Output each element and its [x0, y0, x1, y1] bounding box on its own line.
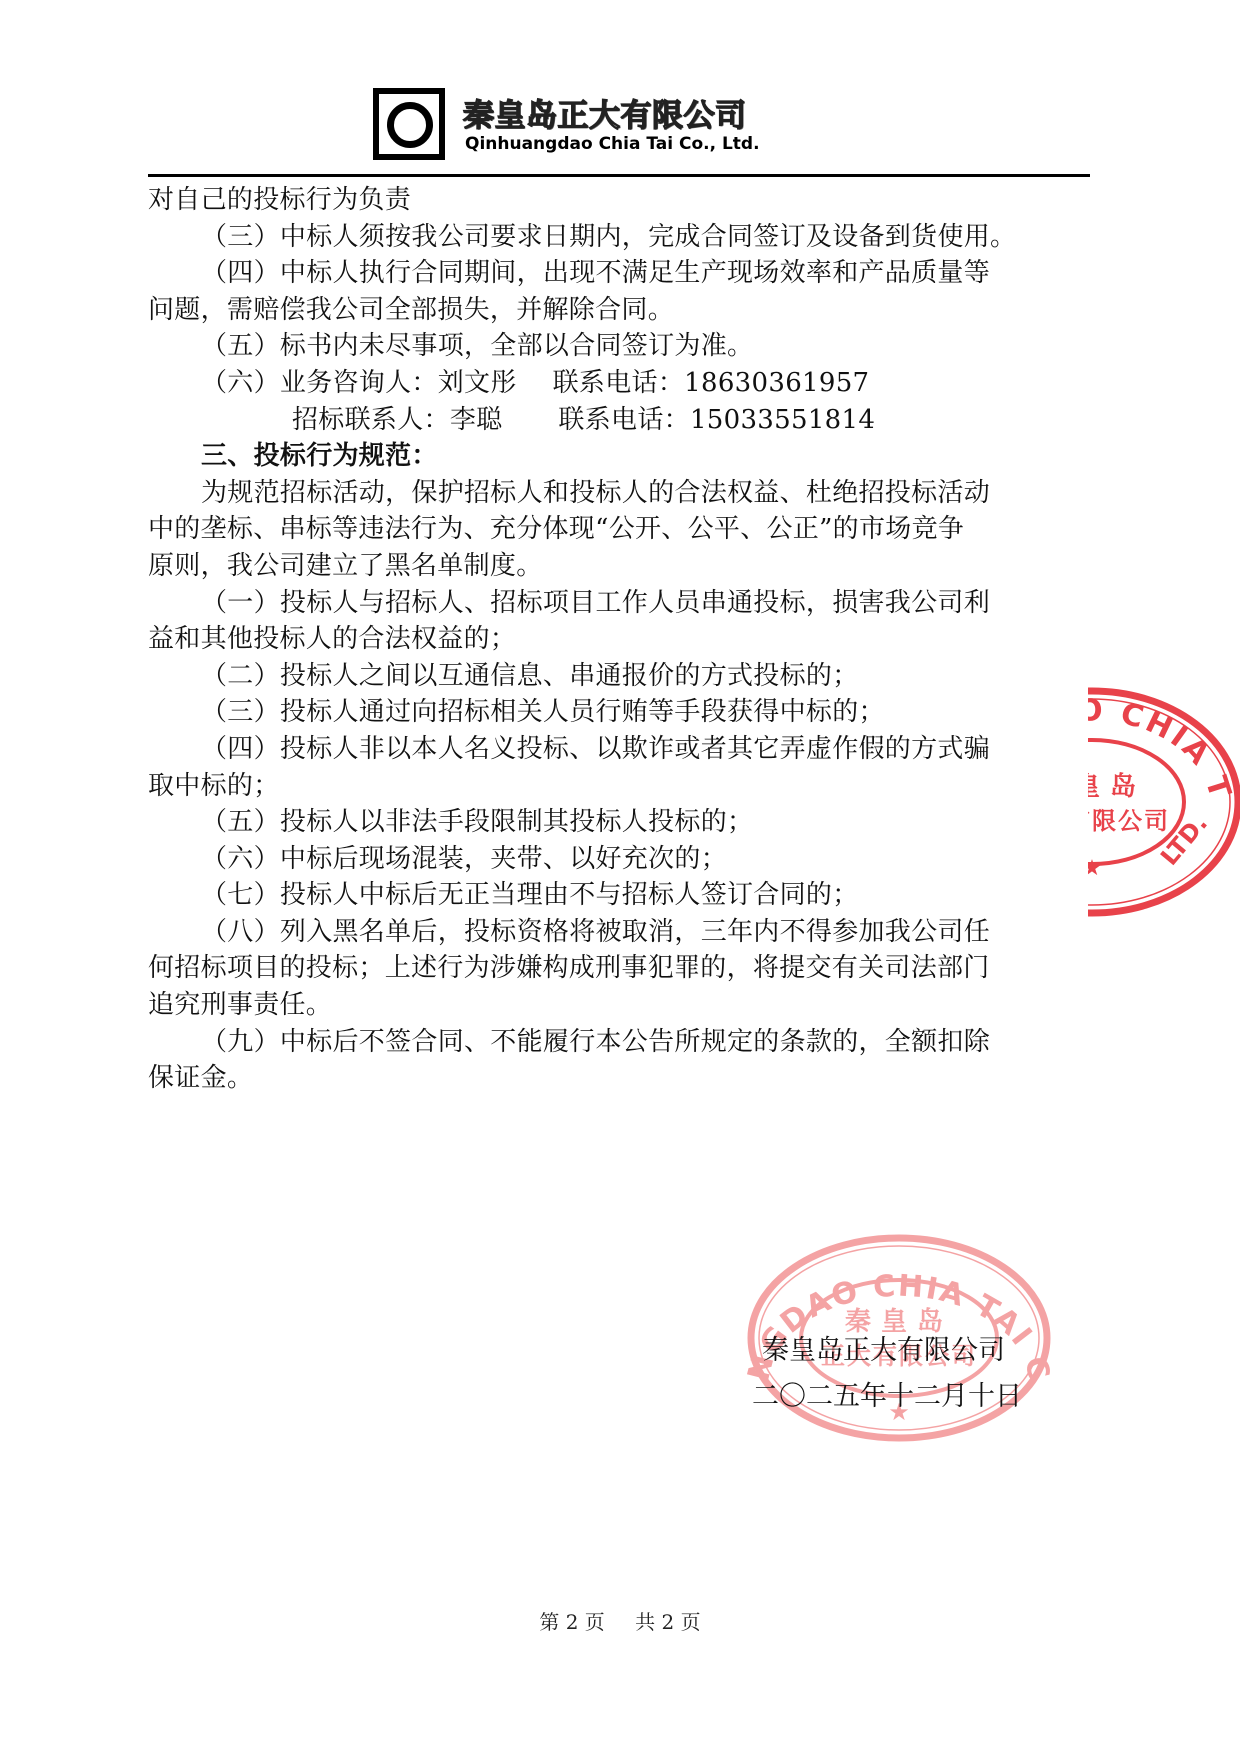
rule-9-cont: 保证金。: [148, 1060, 1093, 1097]
section-paragraph-cont: 中的垄标、串标等违法行为、充分体现“公开、公平、公正”的市场竞争: [148, 511, 1093, 548]
rule-1: （一）投标人与招标人、招标项目工作人员串通投标，损害我公司利: [148, 585, 1093, 622]
contact-phone: 15033551814: [690, 405, 875, 435]
clause-3: （三）中标人须按我公司要求日期内，完成合同签订及设备到货使用。: [148, 219, 1093, 256]
contact-prefix: （六）: [201, 368, 280, 398]
paragraph-line: 对自己的投标行为负责: [148, 182, 1093, 219]
rule-2: （二）投标人之间以互通信息、串通报价的方式投标的；: [148, 658, 1093, 695]
rule-5: （五）投标人以非法手段限制其投标人投标的；: [148, 804, 1093, 841]
contact-phone-label: 联系电话：: [553, 368, 685, 398]
section-heading: 三、投标行为规范：: [148, 438, 1093, 475]
rule-8-cont: 追究刑事责任。: [148, 987, 1093, 1024]
page-footer: 第 2 页 共 2 页: [0, 1606, 1240, 1635]
letterhead: 秦皇岛正大有限公司 Qinhuangdao Chia Tai Co., Ltd.: [373, 88, 793, 162]
rule-3: （三）投标人通过向招标相关人员行贿等手段获得中标的；: [148, 694, 1093, 731]
rule-1-cont: 益和其他投标人的合法权益的；: [148, 621, 1093, 658]
clause-5: （五）标书内未尽事项，全部以合同签订为准。: [148, 328, 1093, 365]
page-total: 共 2 页: [635, 1610, 700, 1634]
section-paragraph-cont: 原则，我公司建立了黑名单制度。: [148, 548, 1093, 585]
contact-phone: 18630361957: [684, 368, 869, 398]
contact-role: 招标联系人：: [292, 405, 450, 435]
svg-text:LTD.: LTD.: [1155, 809, 1213, 870]
header-divider: [148, 174, 1090, 177]
clause-4: （四）中标人执行合同期间，出现不满足生产现场效率和产品质量等: [148, 255, 1093, 292]
signature-company: 秦皇岛正大有限公司: [762, 1328, 1022, 1374]
rule-7: （七）投标人中标后无正当理由不与招标人签订合同的；: [148, 877, 1093, 914]
rule-9: （九）中标后不签合同、不能履行本公告所规定的条款的，全额扣除: [148, 1024, 1093, 1061]
signature-date: 二〇二五年十二月十日: [752, 1374, 1022, 1420]
rule-6: （六）中标后现场混装，夹带、以好充次的；: [148, 841, 1093, 878]
page-number: 第 2 页: [539, 1610, 604, 1634]
contact-role: 业务咨询人：: [280, 368, 438, 398]
rule-4: （四）投标人非以本人名义投标、以欺诈或者其它弄虚作假的方式骗: [148, 731, 1093, 768]
contact-name: 李聪: [450, 405, 503, 435]
document-body: 对自己的投标行为负责 （三）中标人须按我公司要求日期内，完成合同签订及设备到货使…: [148, 182, 1093, 1097]
contact-business: （六）业务咨询人：刘文彤联系电话：18630361957: [148, 365, 1093, 402]
company-logo-icon: [373, 88, 445, 160]
contact-name: 刘文彤: [438, 368, 517, 398]
rule-8-cont: 何招标项目的投标；上述行为涉嫌构成刑事犯罪的，将提交有关司法部门: [148, 950, 1093, 987]
clause-4-cont: 问题，需赔偿我公司全部损失，并解除合同。: [148, 292, 1093, 329]
rule-8: （八）列入黑名单后，投标资格将被取消，三年内不得参加我公司任: [148, 914, 1093, 951]
contact-phone-label: 联系电话：: [558, 405, 690, 435]
rule-4-cont: 取中标的；: [148, 768, 1093, 805]
section-paragraph: 为规范招标活动，保护招标人和投标人的合法权益、杜绝招投标活动: [148, 475, 1093, 512]
signature-block: 秦皇岛正大有限公司 二〇二五年十二月十日: [762, 1328, 1022, 1420]
company-name-en: Qinhuangdao Chia Tai Co., Ltd.: [465, 134, 760, 154]
company-name-cn: 秦皇岛正大有限公司: [463, 90, 747, 135]
contact-bidding: 招标联系人：李聪联系电话：15033551814: [148, 402, 1093, 439]
